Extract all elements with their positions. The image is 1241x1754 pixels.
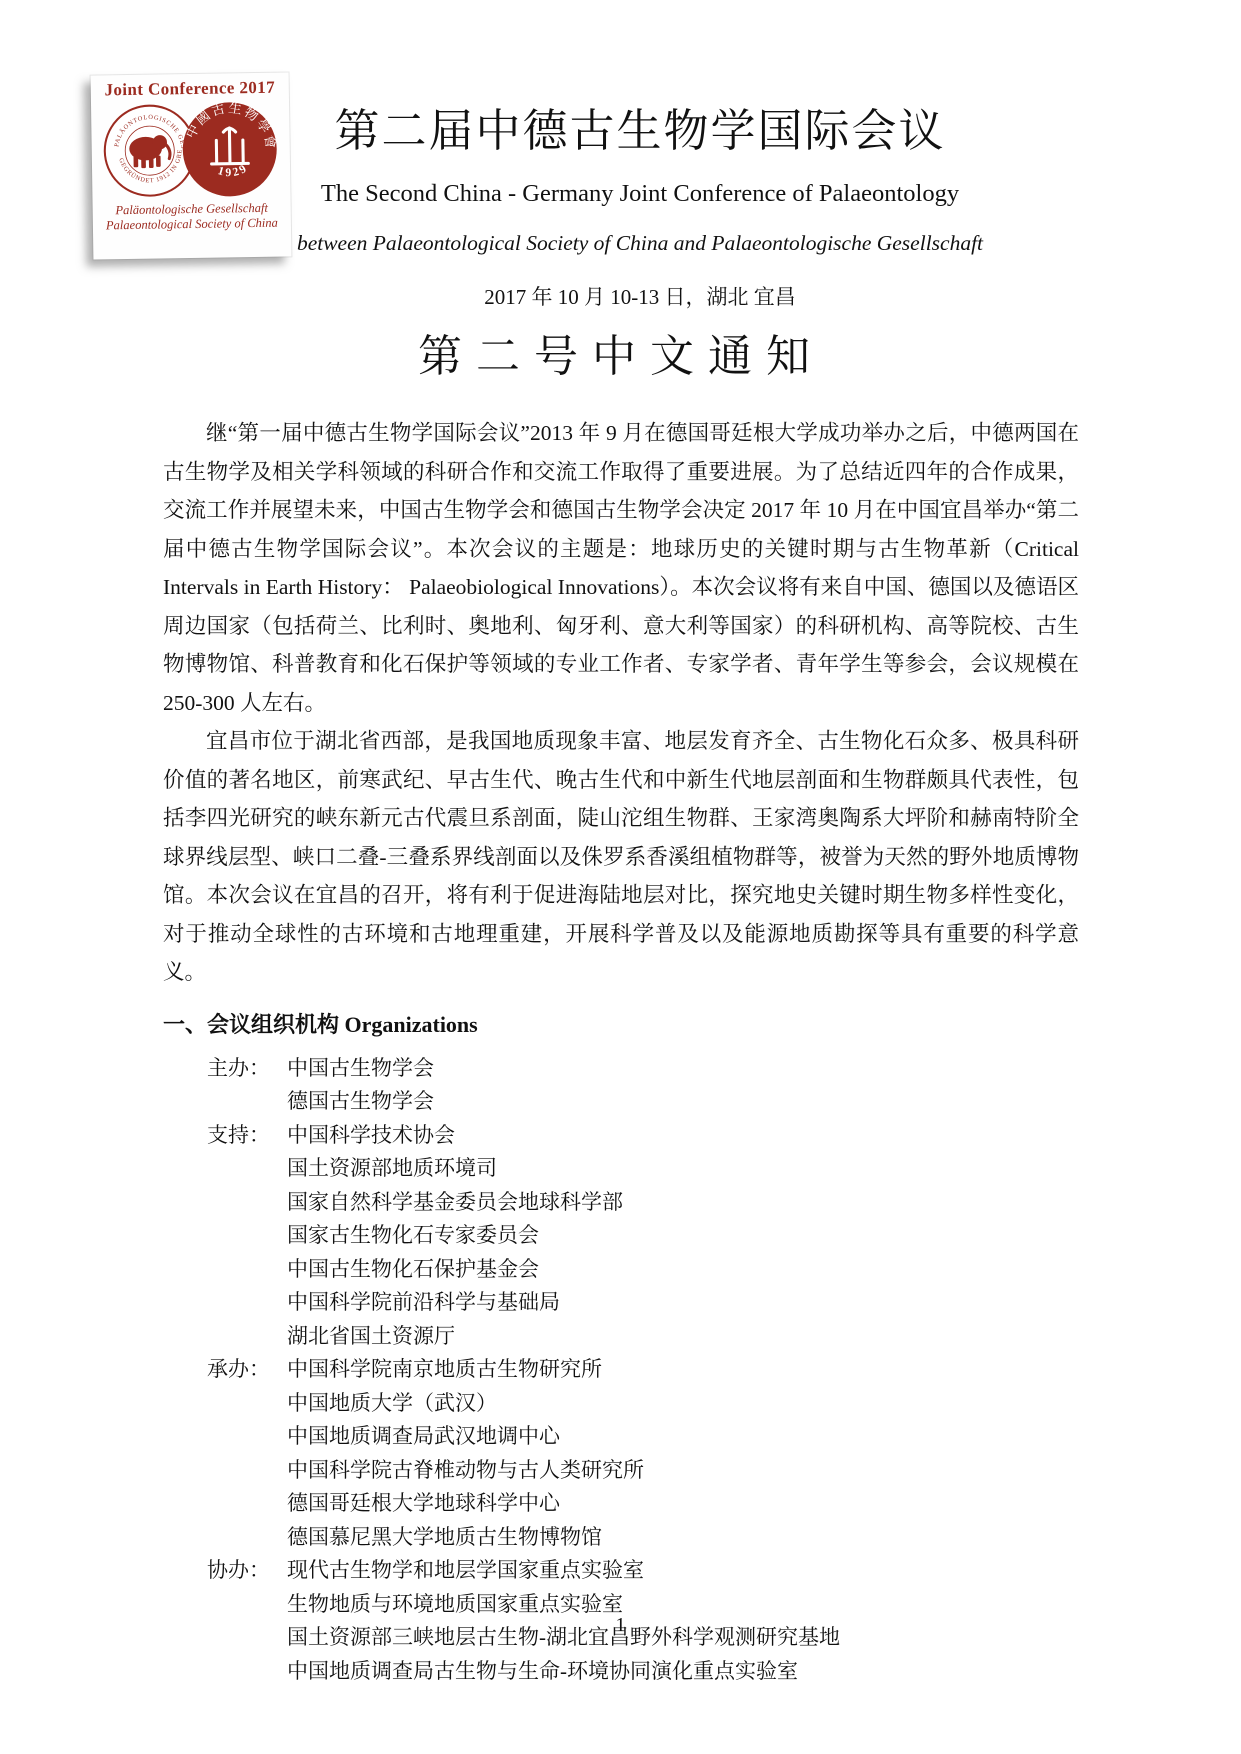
org-item: 中国科学技术协会 xyxy=(287,1119,1079,1153)
org-item: 国土资源部地质环境司 xyxy=(287,1152,1079,1186)
org-row: 中国科学院前沿科学与基础局 xyxy=(163,1286,1079,1320)
org-role-label xyxy=(207,1655,287,1689)
org-item: 湖北省国土资源厅 xyxy=(287,1320,1079,1354)
org-role-label xyxy=(207,1387,287,1421)
org-item: 中国地质调查局武汉地调中心 xyxy=(287,1420,1079,1454)
org-row: 中国地质调查局古生物与生命-环境协同演化重点实验室 xyxy=(163,1655,1079,1689)
org-role-label xyxy=(207,1219,287,1253)
org-row: 中国地质大学（武汉） xyxy=(163,1387,1079,1421)
conference-title-chinese: 第二届中德古生物学国际会议 xyxy=(245,94,1035,159)
org-row: 中国地质调查局武汉地调中心 xyxy=(163,1420,1079,1454)
conference-title-english: The Second China - Germany Joint Confere… xyxy=(245,180,1035,208)
org-item: 中国地质调查局古生物与生命-环境协同演化重点实验室 xyxy=(287,1655,1079,1689)
org-role-label xyxy=(207,1454,287,1488)
org-role-label: 协办： xyxy=(207,1554,287,1588)
org-row: 德国慕尼黑大学地质古生物博物馆 xyxy=(163,1521,1079,1555)
paragraph-1: 继“第一届中德古生物学国际会议”2013 年 9 月在德国哥廷根大学成功举办之后… xyxy=(163,414,1079,722)
org-item: 中国古生物学会 xyxy=(287,1052,1079,1086)
org-role-label: 承办： xyxy=(207,1353,287,1387)
org-item: 德国慕尼黑大学地质古生物博物馆 xyxy=(287,1521,1079,1555)
section-heading-organizations: 一、会议组织机构 Organizations xyxy=(163,1008,1079,1039)
org-item: 中国科学院南京地质古生物研究所 xyxy=(287,1353,1079,1387)
org-item: 德国古生物学会 xyxy=(287,1085,1079,1119)
document-body: 第二号中文通知 继“第一届中德古生物学国际会议”2013 年 9 月在德国哥廷根… xyxy=(163,316,1079,1688)
org-role-label: 支持： xyxy=(207,1119,287,1153)
org-item: 国家自然科学基金委员会地球科学部 xyxy=(287,1186,1079,1220)
org-role-label xyxy=(207,1320,287,1354)
org-row: 中国古生物化石保护基金会 xyxy=(163,1253,1079,1287)
document-page: Joint Conference 2017 PALÄONTOLOGISCHE G… xyxy=(0,0,1241,1754)
org-role-label xyxy=(207,1286,287,1320)
document-header: 第二届中德古生物学国际会议 The Second China - Germany… xyxy=(245,94,1035,311)
org-row: 协办：现代古生物学和地层学国家重点实验室 xyxy=(163,1554,1079,1588)
page-number: 1 xyxy=(0,1614,1241,1637)
org-row: 国家自然科学基金委员会地球科学部 xyxy=(163,1186,1079,1220)
org-item: 中国科学院古脊椎动物与古人类研究所 xyxy=(287,1454,1079,1488)
org-role-label xyxy=(207,1487,287,1521)
org-role-label xyxy=(207,1085,287,1119)
org-row: 承办：中国科学院南京地质古生物研究所 xyxy=(163,1353,1079,1387)
org-row: 德国哥廷根大学地球科学中心 xyxy=(163,1487,1079,1521)
org-list: 主办：中国古生物学会德国古生物学会支持：中国科学技术协会国土资源部地质环境司国家… xyxy=(163,1052,1079,1689)
org-row: 中国科学院古脊椎动物与古人类研究所 xyxy=(163,1454,1079,1488)
org-item: 德国哥廷根大学地球科学中心 xyxy=(287,1487,1079,1521)
org-role-label xyxy=(207,1253,287,1287)
org-row: 国家古生物化石专家委员会 xyxy=(163,1219,1079,1253)
org-role-label xyxy=(207,1521,287,1555)
org-role-label xyxy=(207,1420,287,1454)
conference-subtitle: between Palaeontological Society of Chin… xyxy=(245,231,1035,256)
org-row: 主办：中国古生物学会 xyxy=(163,1052,1079,1086)
org-row: 德国古生物学会 xyxy=(163,1085,1079,1119)
notice-heading: 第二号中文通知 xyxy=(163,320,1079,384)
org-item: 国家古生物化石专家委员会 xyxy=(287,1219,1079,1253)
org-role-label: 主办： xyxy=(207,1052,287,1086)
org-item: 中国古生物化石保护基金会 xyxy=(287,1253,1079,1287)
paragraph-2: 宜昌市位于湖北省西部，是我国地质现象丰富、地层发育齐全、古生物化石众多、极具科研… xyxy=(163,722,1079,992)
org-row: 支持：中国科学技术协会 xyxy=(163,1119,1079,1153)
org-role-label xyxy=(207,1152,287,1186)
org-item: 中国地质大学（武汉） xyxy=(287,1387,1079,1421)
org-item: 中国科学院前沿科学与基础局 xyxy=(287,1286,1079,1320)
org-item: 现代古生物学和地层学国家重点实验室 xyxy=(287,1554,1079,1588)
org-row: 湖北省国土资源厅 xyxy=(163,1320,1079,1354)
org-row: 国土资源部地质环境司 xyxy=(163,1152,1079,1186)
conference-date-location: 2017 年 10 月 10-13 日，湖北 宜昌 xyxy=(245,281,1035,311)
intro-paragraphs: 继“第一届中德古生物学国际会议”2013 年 9 月在德国哥廷根大学成功举办之后… xyxy=(163,414,1079,992)
org-role-label xyxy=(207,1186,287,1220)
